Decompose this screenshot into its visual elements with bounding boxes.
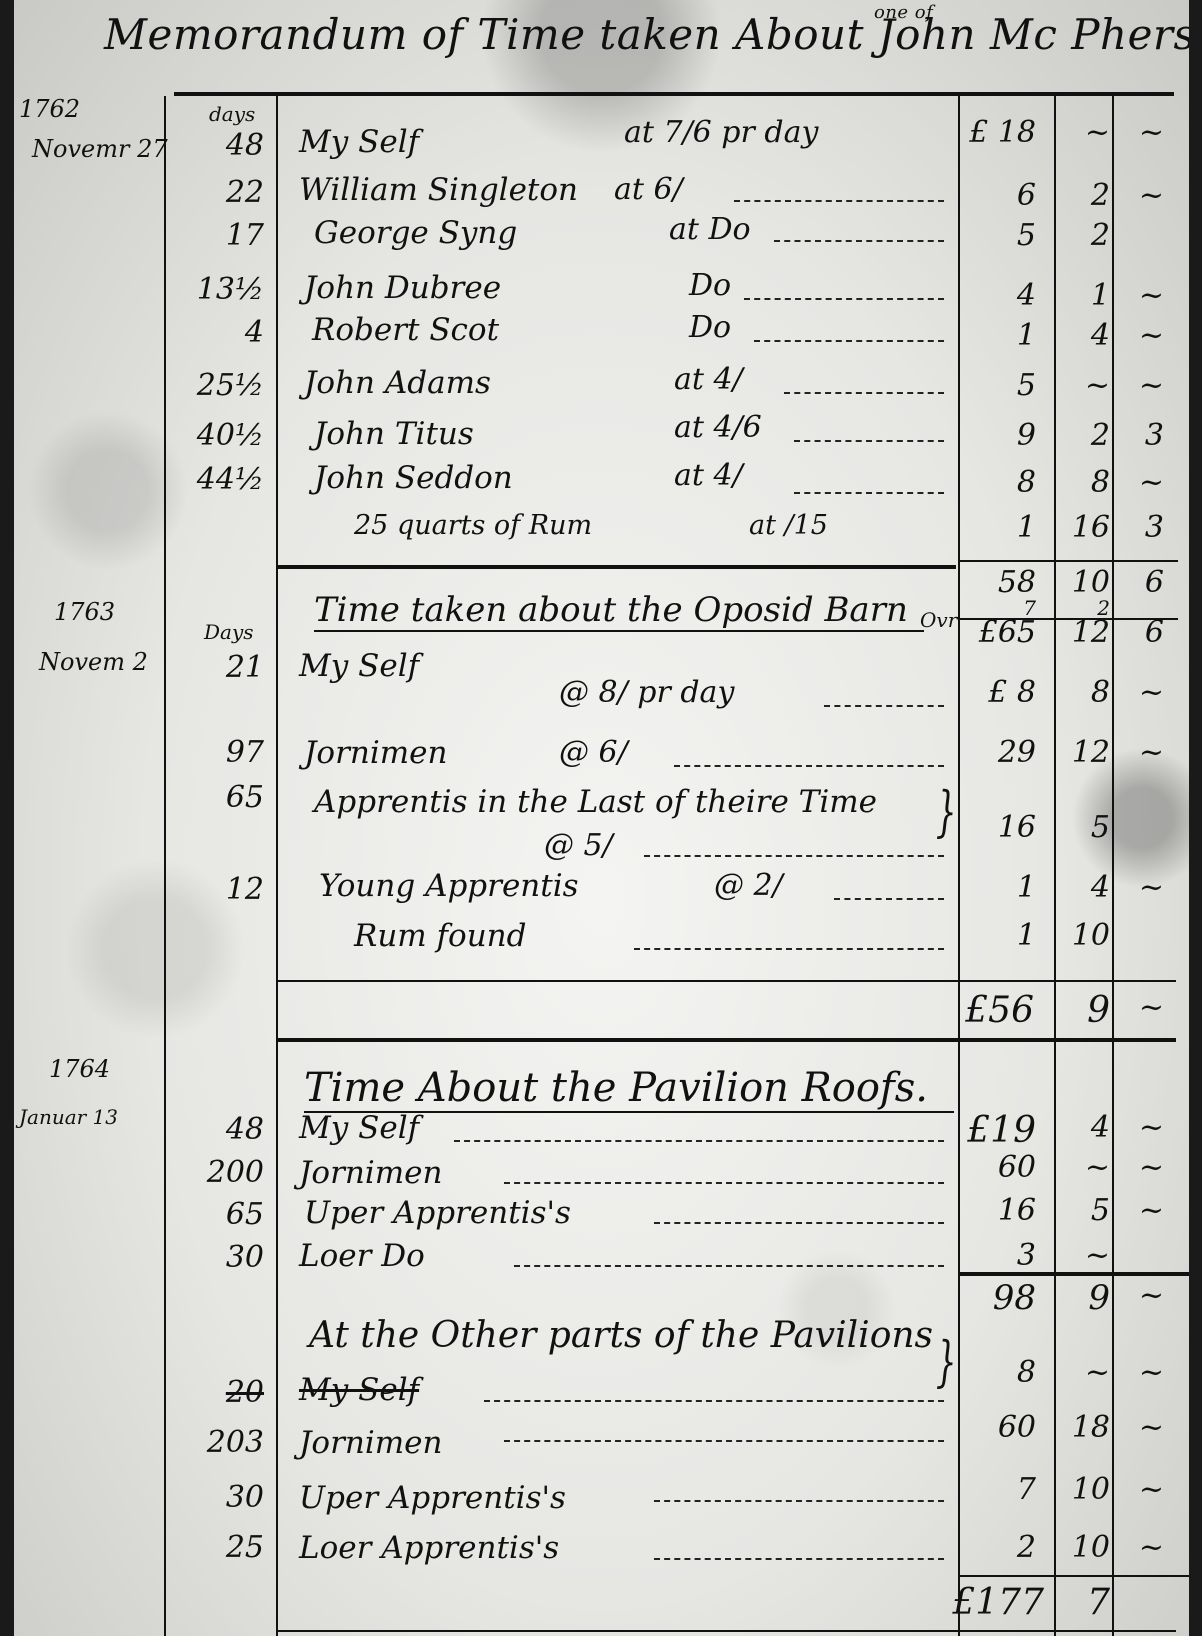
leader-dash (644, 855, 944, 857)
entry-name: Uper Apprentis's (299, 1480, 566, 1516)
entry-pounds: 7 (966, 1472, 1036, 1507)
leader-dash (634, 948, 944, 950)
section-2-total-pence: ~ (1124, 990, 1164, 1025)
entry-rate: @ 2/ (714, 868, 783, 903)
leader-dash (484, 1400, 944, 1402)
section-3-date: Januar 13 (19, 1105, 118, 1129)
entry-pounds: £ 8 (966, 675, 1036, 710)
entry-rate: Do (689, 310, 731, 345)
leader-dash (734, 200, 944, 202)
section-2-date: Novem 2 (39, 648, 148, 676)
entry-pence: 3 (1124, 510, 1164, 545)
entry-pounds: 60 (966, 1410, 1036, 1445)
section-1-subtotal-pence: 6 (1124, 565, 1164, 600)
page-title: Memorandum of Time taken About John Mc P… (104, 10, 1189, 80)
entry-shillings: ~ (1060, 1238, 1110, 1273)
entry-pence: ~ (1124, 318, 1164, 353)
entry-pence: ~ (1124, 1410, 1164, 1445)
section-1-subtotal-pounds: 58 (966, 565, 1036, 600)
entry-days: 65 (184, 1197, 264, 1232)
entry-days: 48 (184, 1112, 264, 1147)
leader-dash (744, 298, 944, 300)
entry-pounds: 1 (966, 918, 1036, 953)
entry-days: 4 (184, 315, 264, 350)
entry-pence: ~ (1124, 675, 1164, 710)
entry-shillings: 10 (1060, 918, 1110, 953)
section-1-rule (276, 565, 956, 569)
entry-name: Robert Scot (312, 312, 499, 348)
entry-shillings: 4 (1060, 318, 1110, 353)
entry-pounds: 5 (966, 368, 1036, 403)
section-4-total-rule (958, 1575, 1189, 1577)
leader-dash (454, 1140, 944, 1142)
entry-rate: Do (689, 268, 731, 303)
entry-pounds: 9 (966, 418, 1036, 453)
section-1-total-shillings: 12 (1060, 615, 1110, 650)
entry-shillings: ~ (1060, 368, 1110, 403)
entry-pounds: 16 (966, 810, 1036, 845)
entry-name: Jornimen (299, 1425, 443, 1461)
entry-name: My Self (299, 1110, 419, 1146)
section-3-heading: Time About the Pavilion Roofs. (304, 1065, 954, 1113)
section-2-heading: Time taken about the Oposid Barn (314, 590, 924, 632)
days-header-alt: Days (204, 620, 254, 644)
date-column-rule (164, 96, 166, 1636)
section-1-total-pence: 6 (1124, 615, 1164, 650)
section-1-total-label: Ovr (920, 608, 957, 632)
entry-shillings: ~ (1060, 1355, 1110, 1390)
entry-shillings: 4 (1060, 1110, 1110, 1145)
entry-shillings: 10 (1060, 1472, 1110, 1507)
entry-days: 21 (184, 650, 264, 685)
shillings-column-rule (1054, 96, 1056, 1636)
entry-days-struck: 20 (184, 1375, 264, 1410)
entry-pounds: 6 (966, 178, 1036, 213)
bracket-icon: } (936, 780, 957, 843)
entry-name: My Self (299, 648, 419, 684)
section-4-total-pounds: £177 (914, 1582, 1044, 1623)
entry-name: Loer Apprentis's (299, 1530, 559, 1566)
section-3-subtotal-pounds: 98 (966, 1278, 1036, 1318)
days-header: days (209, 102, 255, 126)
entry-shillings: 2 (1060, 418, 1110, 453)
entry-pence: ~ (1124, 278, 1164, 313)
entry-days: 40½ (184, 418, 264, 453)
entry-name: Young Apprentis (319, 868, 579, 904)
leader-dash (504, 1182, 944, 1184)
entry-pounds: 2 (966, 1530, 1036, 1565)
section-1-total-pounds: £65 (966, 615, 1036, 650)
entry-pounds: 60 (966, 1150, 1036, 1185)
leader-dash (654, 1500, 944, 1502)
section-2-rule (276, 980, 1176, 982)
section-3-subtotal-pence: ~ (1124, 1278, 1164, 1313)
leader-dash (504, 1440, 944, 1442)
entry-pence: ~ (1124, 1110, 1164, 1145)
entry-pence: ~ (1124, 1193, 1164, 1228)
section-1-total-rule (958, 560, 1178, 562)
entry-name: 25 quarts of Rum (354, 510, 592, 541)
entry-shillings: 16 (1060, 510, 1110, 545)
entry-days: 203 (184, 1425, 264, 1460)
entry-rate: at 4/6 (674, 410, 762, 445)
entry-days: 25 (184, 1530, 264, 1565)
entry-pence: ~ (1124, 1150, 1164, 1185)
entry-pence: ~ (1124, 1355, 1164, 1390)
entry-pence: ~ (1124, 178, 1164, 213)
bottom-rule (276, 1630, 1176, 1632)
entry-shillings: 5 (1060, 810, 1110, 845)
entry-pence: ~ (1124, 735, 1164, 770)
entry-pence: ~ (1124, 368, 1164, 403)
entry-rate: at 7/6 pr day (624, 115, 818, 150)
section-4-heading: At the Other parts of the Pavilions (309, 1315, 933, 1356)
section-1-year: 1762 (19, 95, 80, 123)
entry-pence: ~ (1124, 465, 1164, 500)
leader-dash (774, 240, 944, 242)
entry-shillings: 8 (1060, 675, 1110, 710)
leader-dash (654, 1558, 944, 1560)
entry-name-struck: My Self (299, 1372, 419, 1408)
entry-name: Apprentis in the Last of theire Time (314, 780, 934, 824)
entry-rate: at 6/ (614, 172, 683, 207)
section-3-subtotal-shillings: 9 (1060, 1278, 1110, 1318)
entry-name: My Self (299, 124, 419, 160)
entry-rate: at 4/ (674, 362, 743, 397)
leader-dash (794, 440, 944, 442)
entry-pounds: 1 (966, 510, 1036, 545)
section-3-year: 1764 (49, 1055, 110, 1083)
entry-name: John Dubree (304, 270, 501, 306)
leader-dash (754, 340, 944, 342)
entry-pounds: 8 (966, 465, 1036, 500)
entry-shillings: ~ (1060, 1150, 1110, 1185)
entry-name: George Syng (314, 215, 517, 251)
entry-shillings: 5 (1060, 1193, 1110, 1228)
entry-days: 22 (184, 175, 264, 210)
entry-name: Loer Do (299, 1238, 425, 1274)
entry-name: Jornimen (299, 1155, 443, 1191)
entry-pounds: 8 (966, 1355, 1036, 1390)
entry-days: 30 (184, 1480, 264, 1515)
days-column-rule (276, 96, 278, 1636)
entry-name: Rum found (354, 918, 526, 954)
entry-days: 200 (184, 1155, 264, 1190)
entry-pence: ~ (1124, 870, 1164, 905)
leader-dash (834, 898, 944, 900)
title-insertion: one of (874, 2, 933, 23)
entry-shillings: 8 (1060, 465, 1110, 500)
entry-pounds: £19 (966, 1110, 1036, 1151)
leader-dash (784, 392, 944, 394)
struck-text: My Self (299, 1372, 419, 1408)
leader-dash (654, 1222, 944, 1224)
entry-days: 13½ (184, 272, 264, 307)
entry-pounds: 1 (966, 870, 1036, 905)
section-2-total-rule (276, 1038, 1176, 1042)
entry-rate: at /15 (749, 510, 828, 541)
entry-days: 17 (184, 218, 264, 253)
entry-pence: ~ (1124, 1530, 1164, 1565)
ledger-page: Memorandum of Time taken About John Mc P… (14, 0, 1189, 1636)
entry-shillings: 10 (1060, 1530, 1110, 1565)
entry-pounds: 16 (966, 1193, 1036, 1228)
section-2-year: 1763 (54, 598, 115, 626)
entry-pounds: £ 18 (966, 115, 1036, 150)
entry-shillings: ~ (1060, 115, 1110, 150)
entry-rate: @ 6/ (559, 735, 628, 770)
leader-dash (824, 705, 944, 707)
leader-dash (794, 492, 944, 494)
amount-column-rule (958, 96, 960, 1636)
entry-rate: @ 5/ (544, 828, 613, 863)
leader-dash (514, 1265, 944, 1267)
section-2-total-shillings: 9 (1060, 990, 1110, 1031)
entry-shillings: 2 (1060, 178, 1110, 213)
entry-name: William Singleton (299, 172, 578, 208)
section-1-date: Novemr 27 (32, 135, 168, 163)
entry-shillings: 4 (1060, 870, 1110, 905)
pence-column-rule (1112, 96, 1114, 1636)
section-4-total-shillings: 7 (1060, 1582, 1110, 1623)
entry-shillings: 18 (1060, 1410, 1110, 1445)
entry-shillings: 12 (1060, 735, 1110, 770)
entry-pence: ~ (1124, 115, 1164, 150)
header-rule (174, 92, 1174, 96)
section-2-total-pounds: £56 (924, 990, 1034, 1031)
leader-dash (674, 765, 944, 767)
entry-pence: 3 (1124, 418, 1164, 453)
entry-pounds: 4 (966, 278, 1036, 313)
entry-days: 30 (184, 1240, 264, 1275)
entry-days: 44½ (184, 462, 264, 497)
entry-days: 12 (184, 872, 264, 907)
entry-days: 25½ (184, 368, 264, 403)
bracket-icon: } (936, 1330, 957, 1393)
entry-name: John Seddon (314, 460, 513, 496)
entry-name: John Titus (314, 416, 474, 452)
entry-pounds: 1 (966, 318, 1036, 353)
entry-pounds: 3 (966, 1238, 1036, 1273)
entry-days: 65 (184, 780, 264, 815)
entry-rate: @ 8/ pr day (559, 675, 734, 710)
section-1-subtotal-shillings: 10 (1060, 565, 1110, 600)
entry-rate: at Do (669, 212, 751, 247)
entry-name: John Adams (304, 365, 491, 401)
section-3-subtotal-rule (958, 1272, 1189, 1276)
entry-shillings: 2 (1060, 218, 1110, 253)
entry-name: Jornimen (304, 735, 448, 771)
entry-pounds: 29 (966, 735, 1036, 770)
entry-pounds: 5 (966, 218, 1036, 253)
entry-pence: ~ (1124, 1472, 1164, 1507)
entry-name: Uper Apprentis's (304, 1195, 571, 1231)
entry-days: 97 (184, 735, 264, 770)
title-text: Memorandum of Time taken About John Mc P… (104, 10, 1189, 59)
entry-days: 48 (184, 128, 264, 163)
entry-rate: at 4/ (674, 458, 743, 493)
entry-shillings: 1 (1060, 278, 1110, 313)
